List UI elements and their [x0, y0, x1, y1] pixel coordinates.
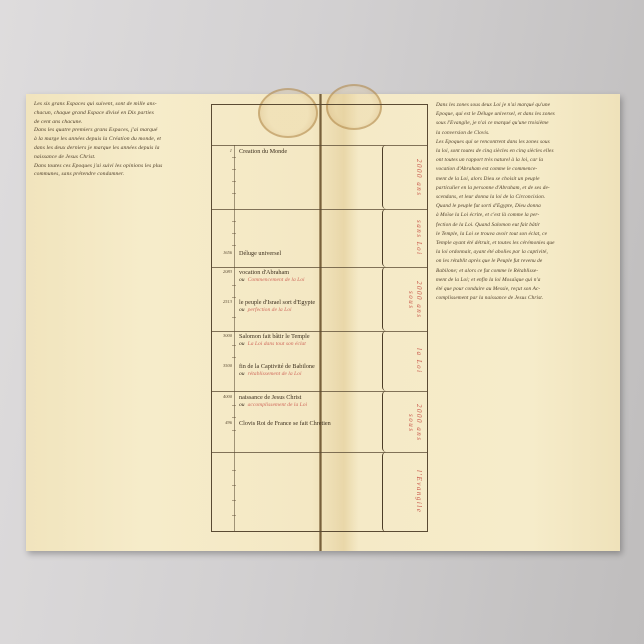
note-line: sous l'Evangile, je n'ai ce marqué qu'un…: [436, 119, 616, 128]
note-line: Dans toutes ces Epoques j'ai suivi les o…: [34, 162, 214, 171]
event-subtitle: ourétablissement de la Loi: [239, 371, 302, 377]
event-title: Déluge universel: [239, 250, 281, 257]
axis-tick: [232, 233, 236, 234]
axis-tick: [232, 515, 236, 516]
row-divider: [212, 145, 427, 146]
note-line: la loi, sont toutes de cinq siècles en c…: [436, 147, 616, 156]
event-year: 496: [214, 420, 232, 425]
note-line: été que pour conduire au Messie, reçut s…: [436, 285, 616, 294]
axis-tick: [232, 345, 236, 346]
axis-tick: [232, 470, 236, 471]
axis-tick: [232, 193, 236, 194]
note-line: la conversion de Clovis.: [436, 129, 616, 138]
note-line: vocation d'Abraham est comme le commence…: [436, 165, 616, 174]
axis-tick: [232, 245, 236, 246]
note-line: à Moïse la Loi écrite, et c'est là comme…: [436, 211, 616, 220]
event-title: fin de la Captivité de Babilone: [239, 363, 315, 370]
note-line: la loi ordonnait, ayant été abolies par …: [436, 248, 616, 257]
event-title: le peuple d'Israel sort d'Egypte: [239, 299, 315, 306]
axis-tick: [232, 169, 236, 170]
event-subtitle: ouLa Loi dans tout son éclat: [239, 341, 306, 347]
event-year: 2083: [214, 269, 232, 274]
axis-tick: [232, 181, 236, 182]
note-line: dans les deux derniers je marque les ann…: [34, 144, 214, 153]
note-line: ment de la Loi; et enfin la loi Mosaïque…: [436, 276, 616, 285]
event-title: Clovis Roi de France se fait Chretien: [239, 420, 331, 427]
era-label: la Loi: [395, 337, 423, 385]
era-brace: [382, 209, 389, 267]
note-line: particulier en la personne d'Abraham, et…: [436, 184, 616, 193]
row-divider: [212, 391, 427, 392]
event-year: 3500: [214, 363, 232, 368]
era-label: 2000 ans sous: [395, 397, 423, 449]
note-line: on les rétablit après que le Peuple fut …: [436, 257, 616, 266]
note-line: fection de la Loi. Quand Salomon eut fai…: [436, 221, 616, 230]
year-axis: [234, 145, 235, 531]
event-title: naissance de Jesus Christ: [239, 394, 301, 401]
row-divider: [212, 331, 427, 332]
note-line: scendans, et leur donna la loi de la Cir…: [436, 193, 616, 202]
timeline-table: 2000 ans sans Loi 2000 ans sous la Loi 2…: [211, 104, 428, 532]
note-line: Les Epoques qui se rencontrent dans les …: [436, 138, 616, 147]
era-brace: [382, 145, 389, 209]
row-divider: [212, 209, 427, 210]
note-line: Dans les quatre premiers grans Espaces, …: [34, 126, 214, 135]
axis-tick: [232, 430, 236, 431]
note-line: Quand le peuple fut sorti d'Egypte, Dieu…: [436, 202, 616, 211]
era-label: 2000 ans sous: [395, 273, 423, 327]
axis-tick: [232, 297, 236, 298]
note-line: Les six grans Espaces qui suivent, sont …: [34, 100, 214, 109]
note-line: Temple ayant été détruit, et toutes les …: [436, 239, 616, 248]
note-line: Dans les zones sous deux Loi je n'ai mar…: [436, 101, 616, 110]
era-brace: [382, 391, 389, 452]
era-label: 2000 ans: [395, 153, 423, 203]
row-divider: [212, 452, 427, 453]
axis-tick: [232, 357, 236, 358]
event-year: 1: [214, 148, 232, 153]
event-title: Salomon fait bâtir le Temple: [239, 333, 310, 340]
era-label: sans Loi: [395, 215, 423, 261]
event-year: 3000: [214, 333, 232, 338]
note-line: ont toutes un rapport très naturel à la …: [436, 156, 616, 165]
note-line: communes, sans prétendre condamner.: [34, 170, 214, 179]
era-brace: [382, 452, 389, 532]
note-line: Epoque, qui est le Déluge universel, et …: [436, 110, 616, 119]
axis-tick: [232, 317, 236, 318]
era-brace: [382, 331, 389, 391]
event-subtitle: ouCommencement de la Loi: [239, 277, 305, 283]
era-brace: [382, 267, 389, 331]
axis-tick: [232, 157, 236, 158]
axis-tick: [232, 405, 236, 406]
note-line: naissance de Jesus Christ.: [34, 153, 214, 162]
note-line: Babilone; et alors ce fut comme le Rétab…: [436, 267, 616, 276]
event-subtitle: ouperfection de la Loi: [239, 307, 292, 313]
note-line: à la marge les années depuis la Création…: [34, 135, 214, 144]
axis-tick: [232, 500, 236, 501]
event-title: vocation d'Abraham: [239, 269, 289, 276]
era-label: l'Evangile: [395, 460, 423, 524]
note-line: le Temple, la Loi se trouva avoir tout s…: [436, 230, 616, 239]
note-line: chacun, chaque grand Espace divisé en Di…: [34, 109, 214, 118]
axis-tick: [232, 485, 236, 486]
event-subtitle: ouaccomplissement de la Loi: [239, 402, 307, 408]
row-divider: [212, 267, 427, 268]
event-title: Creation du Monde: [239, 148, 287, 155]
poster: Les six grans Espaces qui suivent, sont …: [26, 94, 620, 551]
event-year: 2513: [214, 299, 232, 304]
axis-tick: [232, 221, 236, 222]
event-year: 1656: [214, 250, 232, 255]
right-notes: Dans les zones sous deux Loi je n'ai mar…: [436, 101, 616, 303]
note-line: de cent ans chacune.: [34, 118, 214, 127]
note-line: ment de la Loi, alors Dieu se choisit un…: [436, 175, 616, 184]
note-line: complissement par la naissance de Jesus …: [436, 294, 616, 303]
axis-tick: [232, 417, 236, 418]
event-year: 4000: [214, 394, 232, 399]
left-notes: Les six grans Espaces qui suivent, sont …: [34, 100, 214, 179]
axis-tick: [232, 285, 236, 286]
